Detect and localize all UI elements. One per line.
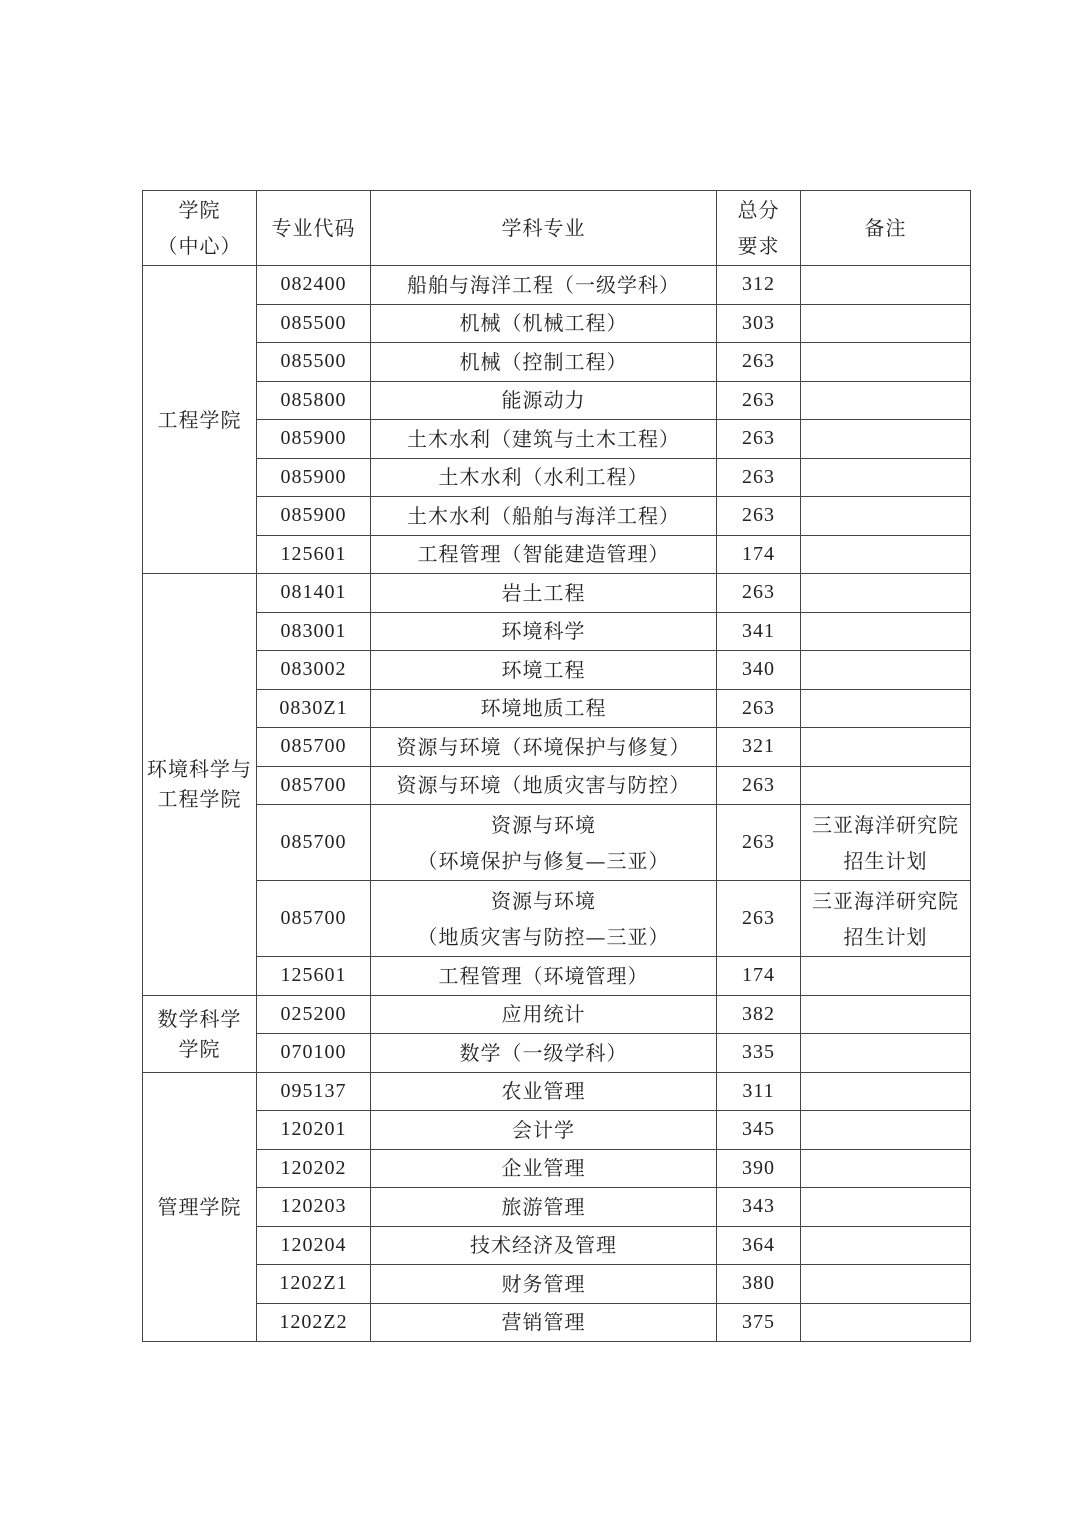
code-cell: 1202Z1 xyxy=(257,1265,371,1304)
table-row: 数学科学学院025200应用统计382 xyxy=(143,995,971,1034)
code-cell: 120201 xyxy=(257,1111,371,1150)
code-cell: 081401 xyxy=(257,574,371,613)
code-cell: 083002 xyxy=(257,651,371,690)
score-cell: 174 xyxy=(717,535,801,574)
table-row: 083002环境工程340 xyxy=(143,651,971,690)
table-row: 环境科学与工程学院081401岩土工程263 xyxy=(143,574,971,613)
school-cell: 环境科学与工程学院 xyxy=(143,574,257,996)
note-cell xyxy=(801,612,971,651)
table-row: 1202Z1财务管理380 xyxy=(143,1265,971,1304)
score-cell: 303 xyxy=(717,304,801,343)
table-row: 120202企业管理390 xyxy=(143,1149,971,1188)
major-cell: 企业管理 xyxy=(371,1149,717,1188)
code-cell: 085700 xyxy=(257,728,371,767)
code-cell: 085700 xyxy=(257,766,371,805)
table-row: 120203旅游管理343 xyxy=(143,1188,971,1227)
note-cell xyxy=(801,689,971,728)
table-row: 085700资源与环境（地质灾害与防控—三亚）263三亚海洋研究院招生计划 xyxy=(143,881,971,957)
score-cell: 382 xyxy=(717,995,801,1034)
note-cell xyxy=(801,766,971,805)
note-cell xyxy=(801,266,971,305)
header-school: 学院（中心） xyxy=(143,191,257,266)
school-cell: 数学科学学院 xyxy=(143,995,257,1072)
note-cell: 三亚海洋研究院招生计划 xyxy=(801,881,971,957)
score-cell: 263 xyxy=(717,458,801,497)
table-row: 085900土木水利（水利工程）263 xyxy=(143,458,971,497)
score-cell: 380 xyxy=(717,1265,801,1304)
code-cell: 0830Z1 xyxy=(257,689,371,728)
major-cell: 土木水利（船舶与海洋工程） xyxy=(371,497,717,536)
header-note: 备注 xyxy=(801,191,971,266)
table-row: 085500机械（控制工程）263 xyxy=(143,343,971,382)
table-row: 085800能源动力263 xyxy=(143,381,971,420)
note-cell xyxy=(801,497,971,536)
major-cell: 土木水利（建筑与土木工程） xyxy=(371,420,717,459)
note-cell xyxy=(801,1149,971,1188)
code-cell: 085700 xyxy=(257,805,371,881)
major-cell: 数学（一级学科） xyxy=(371,1034,717,1073)
score-cell: 263 xyxy=(717,574,801,613)
note-cell xyxy=(801,1034,971,1073)
table-row: 125601工程管理（环境管理）174 xyxy=(143,957,971,996)
note-cell xyxy=(801,458,971,497)
score-cell: 340 xyxy=(717,651,801,690)
score-cell: 375 xyxy=(717,1303,801,1342)
note-cell xyxy=(801,1188,971,1227)
score-cell: 312 xyxy=(717,266,801,305)
code-cell: 085500 xyxy=(257,343,371,382)
table-row: 085700资源与环境（环境保护与修复）321 xyxy=(143,728,971,767)
note-cell xyxy=(801,728,971,767)
score-cell: 263 xyxy=(717,881,801,957)
table-row: 070100数学（一级学科）335 xyxy=(143,1034,971,1073)
table-row: 1202Z2营销管理375 xyxy=(143,1303,971,1342)
table-row: 085900土木水利（建筑与土木工程）263 xyxy=(143,420,971,459)
note-cell xyxy=(801,995,971,1034)
score-cell: 263 xyxy=(717,497,801,536)
code-cell: 085800 xyxy=(257,381,371,420)
score-cell: 263 xyxy=(717,805,801,881)
code-cell: 083001 xyxy=(257,612,371,651)
score-cell: 263 xyxy=(717,766,801,805)
school-cell: 管理学院 xyxy=(143,1072,257,1342)
major-cell: 资源与环境（地质灾害与防控） xyxy=(371,766,717,805)
table-row: 管理学院095137农业管理311 xyxy=(143,1072,971,1111)
code-cell: 085900 xyxy=(257,420,371,459)
score-cell: 263 xyxy=(717,381,801,420)
score-cell: 345 xyxy=(717,1111,801,1150)
score-cell: 321 xyxy=(717,728,801,767)
code-cell: 085900 xyxy=(257,497,371,536)
code-cell: 085500 xyxy=(257,304,371,343)
code-cell: 025200 xyxy=(257,995,371,1034)
code-cell: 1202Z2 xyxy=(257,1303,371,1342)
score-cell: 390 xyxy=(717,1149,801,1188)
note-cell xyxy=(801,1265,971,1304)
table-row: 120204技术经济及管理364 xyxy=(143,1226,971,1265)
table-row: 085500机械（机械工程）303 xyxy=(143,304,971,343)
major-cell: 岩土工程 xyxy=(371,574,717,613)
note-cell xyxy=(801,957,971,996)
note-cell xyxy=(801,343,971,382)
note-cell xyxy=(801,574,971,613)
header-major: 学科专业 xyxy=(371,191,717,266)
major-cell: 工程管理（智能建造管理） xyxy=(371,535,717,574)
major-cell: 旅游管理 xyxy=(371,1188,717,1227)
note-cell xyxy=(801,651,971,690)
major-cell: 技术经济及管理 xyxy=(371,1226,717,1265)
table-row: 125601工程管理（智能建造管理）174 xyxy=(143,535,971,574)
score-cell: 311 xyxy=(717,1072,801,1111)
note-cell xyxy=(801,304,971,343)
code-cell: 120204 xyxy=(257,1226,371,1265)
note-cell xyxy=(801,1226,971,1265)
major-cell: 工程管理（环境管理） xyxy=(371,957,717,996)
table-row: 工程学院082400船舶与海洋工程（一级学科）312 xyxy=(143,266,971,305)
code-cell: 085700 xyxy=(257,881,371,957)
score-cell: 335 xyxy=(717,1034,801,1073)
score-cell: 343 xyxy=(717,1188,801,1227)
code-cell: 095137 xyxy=(257,1072,371,1111)
score-cell: 364 xyxy=(717,1226,801,1265)
major-cell: 机械（控制工程） xyxy=(371,343,717,382)
major-cell: 资源与环境（环境保护与修复—三亚） xyxy=(371,805,717,881)
major-cell: 机械（机械工程） xyxy=(371,304,717,343)
code-cell: 085900 xyxy=(257,458,371,497)
code-cell: 125601 xyxy=(257,535,371,574)
table-row: 120201会计学345 xyxy=(143,1111,971,1150)
note-cell xyxy=(801,1303,971,1342)
table-row: 083001环境科学341 xyxy=(143,612,971,651)
table-row: 0830Z1环境地质工程263 xyxy=(143,689,971,728)
score-cell: 263 xyxy=(717,420,801,459)
major-cell: 资源与环境（地质灾害与防控—三亚） xyxy=(371,881,717,957)
code-cell: 125601 xyxy=(257,957,371,996)
code-cell: 120202 xyxy=(257,1149,371,1188)
table-header-row: 学院（中心） 专业代码 学科专业 总分要求 备注 xyxy=(143,191,971,266)
note-cell: 三亚海洋研究院招生计划 xyxy=(801,805,971,881)
table-row: 085700资源与环境（地质灾害与防控）263 xyxy=(143,766,971,805)
score-cell: 174 xyxy=(717,957,801,996)
major-cell: 环境科学 xyxy=(371,612,717,651)
admission-score-table: 学院（中心） 专业代码 学科专业 总分要求 备注 工程学院082400船舶与海洋… xyxy=(142,190,971,1342)
code-cell: 070100 xyxy=(257,1034,371,1073)
header-code: 专业代码 xyxy=(257,191,371,266)
table-row: 085900土木水利（船舶与海洋工程）263 xyxy=(143,497,971,536)
score-cell: 263 xyxy=(717,343,801,382)
score-cell: 263 xyxy=(717,689,801,728)
major-cell: 土木水利（水利工程） xyxy=(371,458,717,497)
major-cell: 会计学 xyxy=(371,1111,717,1150)
school-cell: 工程学院 xyxy=(143,266,257,574)
note-cell xyxy=(801,1111,971,1150)
note-cell xyxy=(801,381,971,420)
code-cell: 120203 xyxy=(257,1188,371,1227)
note-cell xyxy=(801,1072,971,1111)
header-score: 总分要求 xyxy=(717,191,801,266)
major-cell: 能源动力 xyxy=(371,381,717,420)
major-cell: 环境地质工程 xyxy=(371,689,717,728)
major-cell: 环境工程 xyxy=(371,651,717,690)
code-cell: 082400 xyxy=(257,266,371,305)
major-cell: 财务管理 xyxy=(371,1265,717,1304)
major-cell: 营销管理 xyxy=(371,1303,717,1342)
major-cell: 船舶与海洋工程（一级学科） xyxy=(371,266,717,305)
note-cell xyxy=(801,420,971,459)
major-cell: 资源与环境（环境保护与修复） xyxy=(371,728,717,767)
major-cell: 农业管理 xyxy=(371,1072,717,1111)
note-cell xyxy=(801,535,971,574)
major-cell: 应用统计 xyxy=(371,995,717,1034)
table-row: 085700资源与环境（环境保护与修复—三亚）263三亚海洋研究院招生计划 xyxy=(143,805,971,881)
score-cell: 341 xyxy=(717,612,801,651)
